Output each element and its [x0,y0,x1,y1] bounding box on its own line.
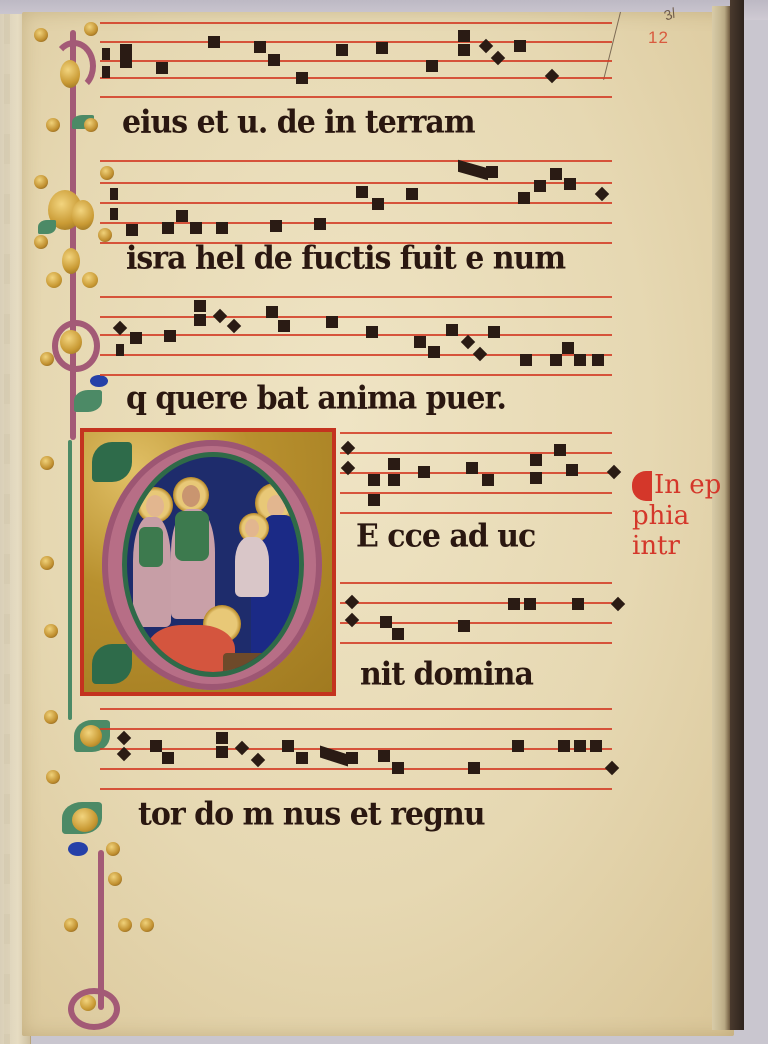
music-staff-1 [100,14,612,94]
music-staff-2 [100,152,612,242]
lyric-line-3: q quere bat anima puer. [126,383,506,415]
lyric-line-4: E cce ad uc [356,521,535,553]
lyric-line-1: eius et u. de in terram [122,107,475,139]
red-rubric: In ep phia intr [632,470,722,561]
music-staff-6 [100,706,612,786]
folio-number: 12 [648,28,669,48]
binding [730,0,744,1030]
lyric-line-2: isra hel de fuctis fuit e num [126,243,565,275]
music-staff-4 [340,428,612,518]
music-staff-3 [100,292,612,382]
rubric-initial [632,471,652,501]
adoration-scene [122,452,304,677]
historiated-initial [80,428,336,696]
lyric-line-5: nit domina [360,659,533,691]
music-staff-5 [340,578,612,650]
lyric-line-6: tor do m nus et regnu [138,799,485,831]
